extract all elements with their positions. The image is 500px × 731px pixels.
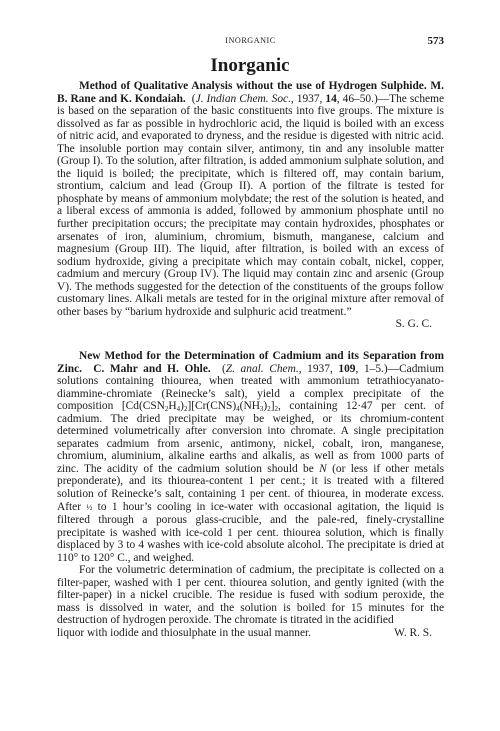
abstract-1-paragraph: Method of Qualitative Analysis without t… — [57, 80, 444, 318]
abstract-2-citation: (Z. anal. Chem., 1937, 109, 1–5.) — [222, 363, 388, 375]
abstract-2-signature: W. R. S. — [394, 627, 444, 640]
running-head-section: INORGANIC — [57, 36, 444, 45]
abstract-2-volume: 109 — [338, 363, 355, 375]
chemical-formula: [Cd(CSN2H4)2][Cr(CNS)4(NH3)2]2 — [122, 400, 278, 412]
abstract-2-authors: C. Mahr and H. Ohle. — [93, 363, 210, 375]
abstract-2-paragraph-1: New Method for the Determination of Cadm… — [57, 350, 444, 564]
section-title: Inorganic — [0, 55, 500, 77]
normality-symbol: N — [319, 463, 327, 475]
abstract-2-journal: Z. anal. Chem. — [226, 363, 299, 375]
running-head: INORGANIC 573 — [57, 36, 444, 48]
abstract-2-last-line: liquor with iodide and thiosulphate in t… — [57, 627, 311, 640]
abstract-1-heading: Method of Qualitative Analysis without t… — [79, 80, 427, 92]
abstract-1-journal: J. Indian Chem. Soc. — [196, 93, 291, 105]
abstract-2-paragraph-2: For the volumetric determination of cadm… — [57, 564, 444, 627]
abstract-1-body: —The scheme is based on the separation o… — [57, 93, 444, 318]
abstract-1: Method of Qualitative Analysis without t… — [57, 80, 444, 331]
abstract-1-citation: (J. Indian Chem. Soc., 1937, 14, 46–50.) — [192, 93, 378, 105]
abstract-1-signature-line: S. G. C. — [57, 318, 444, 331]
page-number: 573 — [428, 35, 445, 47]
abstract-1-signature: S. G. C. — [396, 318, 444, 331]
abstract-2-signature-line: liquor with iodide and thiosulphate in t… — [57, 627, 444, 640]
abstract-1-last-line: “barium hydroxide and sulphuric acid tre… — [125, 306, 351, 318]
abstract-2: New Method for the Determination of Cadm… — [57, 350, 444, 640]
abstract-1-volume: 14 — [325, 93, 336, 105]
